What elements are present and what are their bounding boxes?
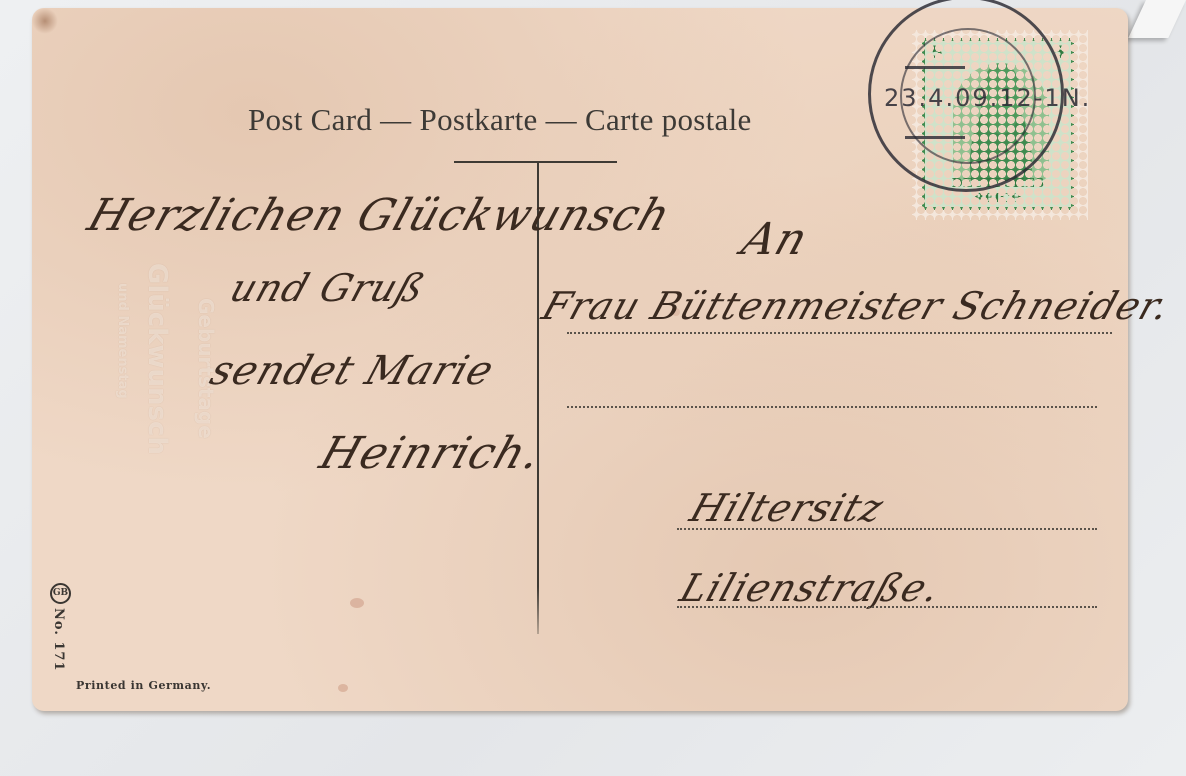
card-number: No. 171 — [51, 608, 66, 672]
address-line-4 — [677, 606, 1097, 608]
address-salutation: An — [736, 214, 815, 265]
address-line-2 — [567, 406, 1097, 408]
address-line-1 — [567, 332, 1112, 334]
address-recipient: Frau Büttenmeister Schneider. — [537, 284, 1176, 328]
message-line: und Gruß — [225, 266, 431, 310]
message-signature: Heinrich. — [314, 428, 548, 479]
message-line: sendet Marie — [205, 348, 500, 394]
postmark-bar — [905, 136, 965, 139]
embossed-ghost-text: Glückwunsch — [142, 263, 172, 455]
address-street: Lilienstraße. — [675, 566, 946, 610]
embossed-ghost-text: und Namenstag — [115, 283, 130, 399]
address-city: Hiltersitz — [685, 486, 890, 530]
postcard-header-title: Post Card — Postkarte — Carte postale — [248, 102, 752, 138]
message-line: Herzlichen Glückwunsch — [82, 190, 677, 241]
foxing-spot — [338, 684, 348, 692]
printed-in-germany: Printed in Germany. — [76, 679, 211, 692]
foxing-spot — [350, 598, 364, 608]
publisher-logo-icon: GB — [50, 583, 71, 604]
postmark-date: 23.4.09.12-1N. — [884, 84, 1091, 112]
stamp-divider-horizontal — [454, 161, 617, 163]
address-line-3 — [677, 528, 1097, 530]
postmark-bar — [905, 66, 965, 69]
